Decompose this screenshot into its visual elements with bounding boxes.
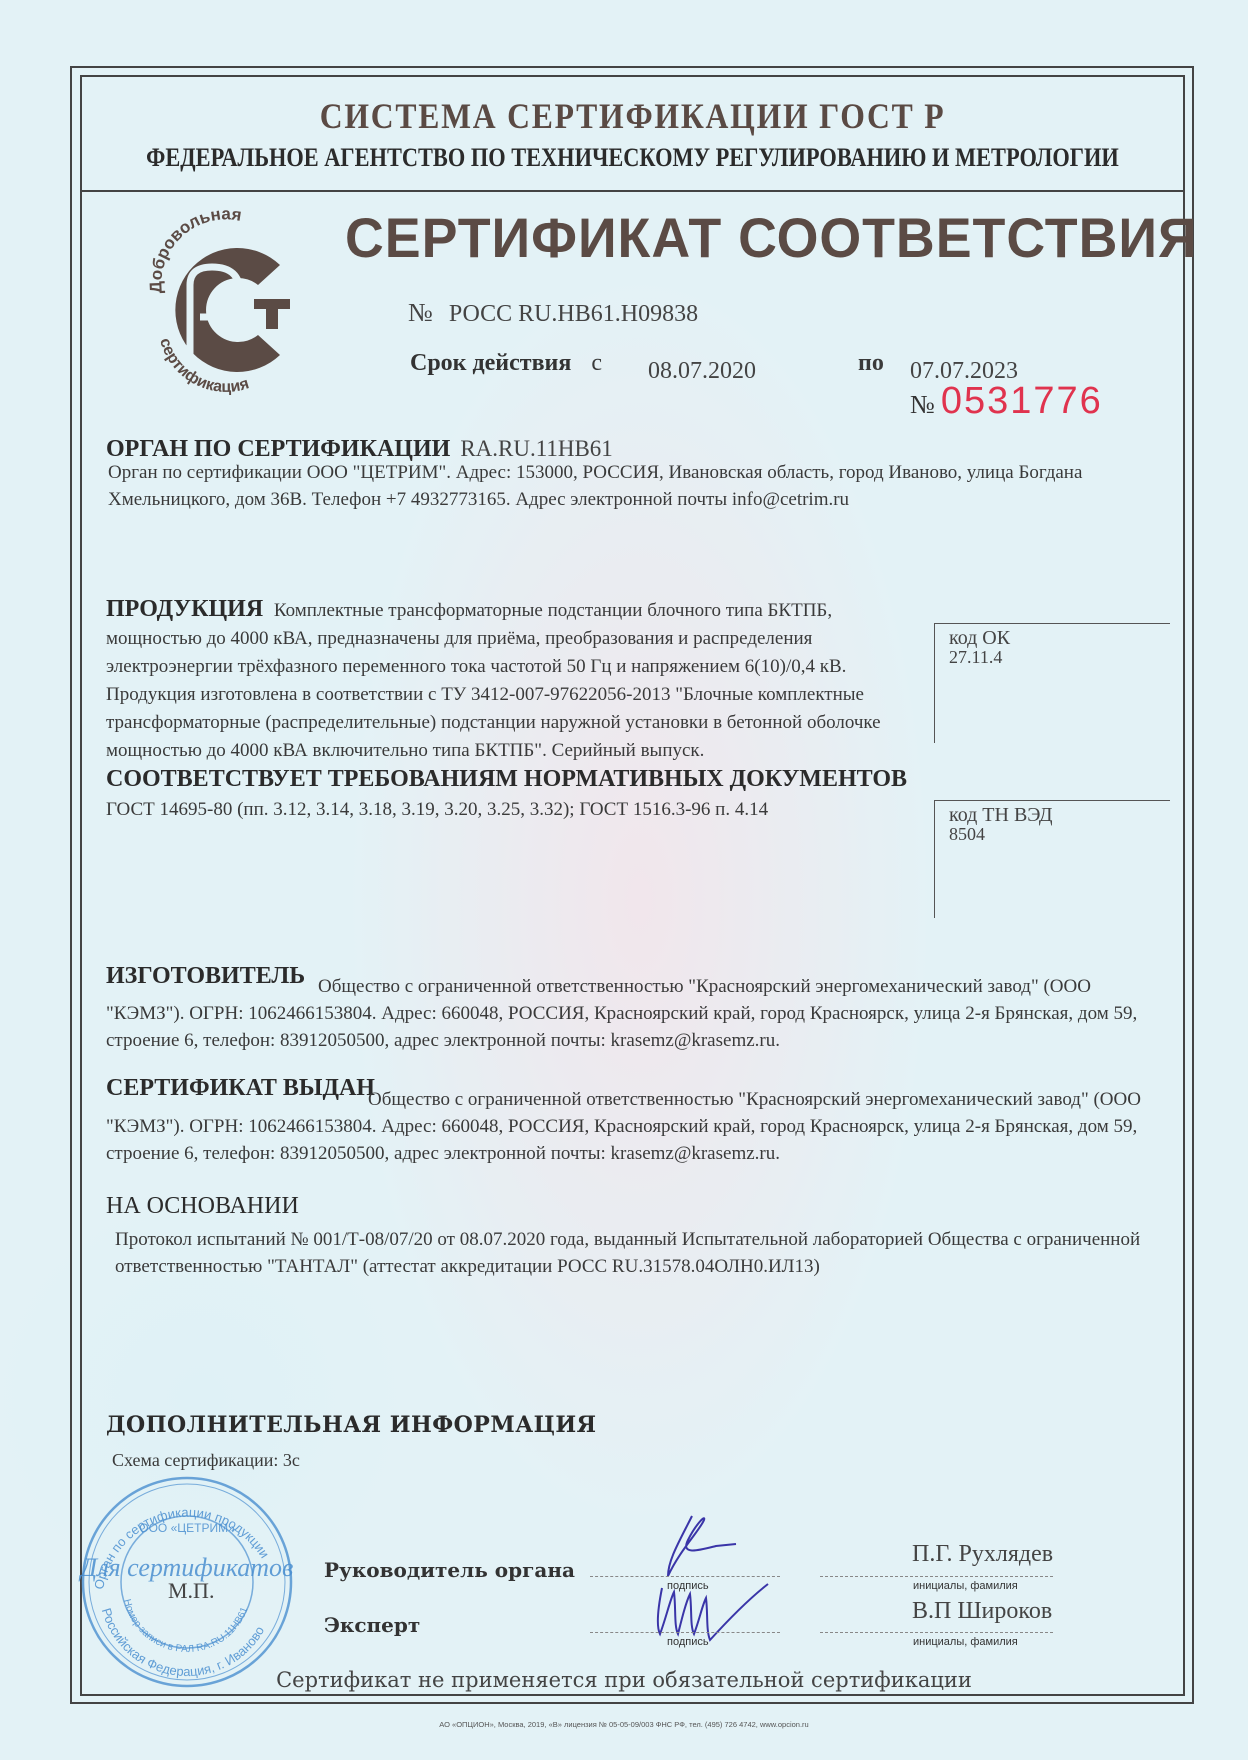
product-section: ПРОДУКЦИЯ Комплектные трансформаторные п…	[106, 595, 921, 765]
from-label: с	[591, 350, 602, 376]
registration-number: №РОСС RU.НВ61.Н09838	[408, 298, 698, 328]
stamp-ring-org: ООО «ЦЕТРИМ»	[139, 1521, 235, 1535]
agency-title: ФЕДЕРАЛЬНОЕ АГЕНТСТВО ПО ТЕХНИЧЕСКОМУ РЕ…	[89, 143, 1177, 173]
manufacturer-text: Общество с ограниченной ответственностью…	[106, 973, 1166, 1054]
code-ok-box: код ОК 27.11.4	[934, 623, 1170, 743]
norms-text: ГОСТ 14695-80 (пп. 3.12, 3.14, 3.18, 3.1…	[106, 796, 768, 823]
product-label: ПРОДУКЦИЯ	[106, 596, 263, 622]
norms-label: СООТВЕТСТВУЕТ ТРЕБОВАНИЯМ НОРМАТИВНЫХ ДО…	[106, 766, 907, 793]
head-name-line	[820, 1576, 1053, 1577]
head-name-caption: инициалы, фамилия	[913, 1580, 1018, 1592]
expert-signature-caption: подпись	[667, 1636, 709, 1648]
certification-body-text: Орган по сертификации ООО "ЦЕТРИМ". Адре…	[108, 459, 1118, 513]
head-of-body-role: Руководитель органа	[324, 1558, 575, 1582]
registration-number-value: РОСС RU.НВ61.Н09838	[449, 301, 698, 327]
head-signature-icon	[640, 1510, 760, 1580]
svg-text:Номер записи в РАЛ RA.RU.11НВ6: Номер записи в РАЛ RA.RU.11НВ61	[121, 1598, 251, 1655]
serial-number: №0531776	[910, 380, 1103, 423]
code-tnved-label: код ТН ВЭД	[949, 805, 1170, 825]
header-divider	[80, 190, 1185, 192]
certificate-title: СЕРТИФИКАТ СООТВЕТСТВИЯ	[345, 205, 1198, 270]
issued-to-text: Общество с ограниченной ответственностью…	[106, 1086, 1166, 1167]
head-signature-caption: подпись	[667, 1580, 709, 1592]
stamp-ring-reg: Номер записи в РАЛ RA.RU.11НВ61	[121, 1598, 251, 1655]
stamp-place-label: М.П.	[168, 1578, 214, 1604]
valid-from: 08.07.2020	[648, 358, 756, 385]
validity-label: Срок действия с	[410, 350, 602, 377]
basis-text: Протокол испытаний № 001/Т-08/07/20 от 0…	[115, 1226, 1155, 1280]
basis-label: НА ОСНОВАНИИ	[106, 1193, 299, 1220]
head-signature-line	[590, 1576, 780, 1577]
rst-voluntary-certification-logo-icon: Добровольная сертификация	[140, 205, 310, 395]
code-ok-value: 27.11.4	[949, 648, 1170, 666]
certification-scheme: Схема сертификации: 3с	[112, 1450, 300, 1471]
code-tnved-box: код ТН ВЭД 8504	[934, 800, 1170, 918]
code-tnved-value: 8504	[949, 825, 1170, 843]
expert-name-line	[820, 1632, 1053, 1633]
expert-role: Эксперт	[324, 1613, 420, 1637]
footer-note: Сертификат не применяется при обязательн…	[0, 1668, 1248, 1692]
additional-info-label: ДОПОЛНИТЕЛЬНАЯ ИНФОРМАЦИЯ	[106, 1412, 597, 1438]
expert-signature-icon	[640, 1578, 780, 1648]
printer-imprint: АО «ОПЦИОН», Москва, 2019, «В» лицензия …	[0, 1720, 1248, 1729]
certification-body-code: RA.RU.11НВ61	[460, 436, 613, 461]
number-sign: №	[408, 298, 433, 327]
serial-number-value: 0531776	[941, 380, 1103, 422]
expert-signature-line	[590, 1632, 780, 1633]
product-text: Комплектные трансформаторные подстанции …	[106, 600, 881, 761]
head-name: П.Г. Рухлядев	[912, 1541, 1053, 1568]
code-ok-label: код ОК	[949, 628, 1170, 648]
system-title: СИСТЕМА СЕРТИФИКАЦИИ ГОСТ Р	[76, 95, 1189, 137]
expert-name: В.П Широков	[912, 1598, 1052, 1625]
to-label: по	[858, 350, 884, 377]
validity-label-text: Срок действия	[410, 350, 571, 376]
serial-prefix: №	[910, 390, 935, 419]
expert-name-caption: инициалы, фамилия	[913, 1636, 1018, 1648]
